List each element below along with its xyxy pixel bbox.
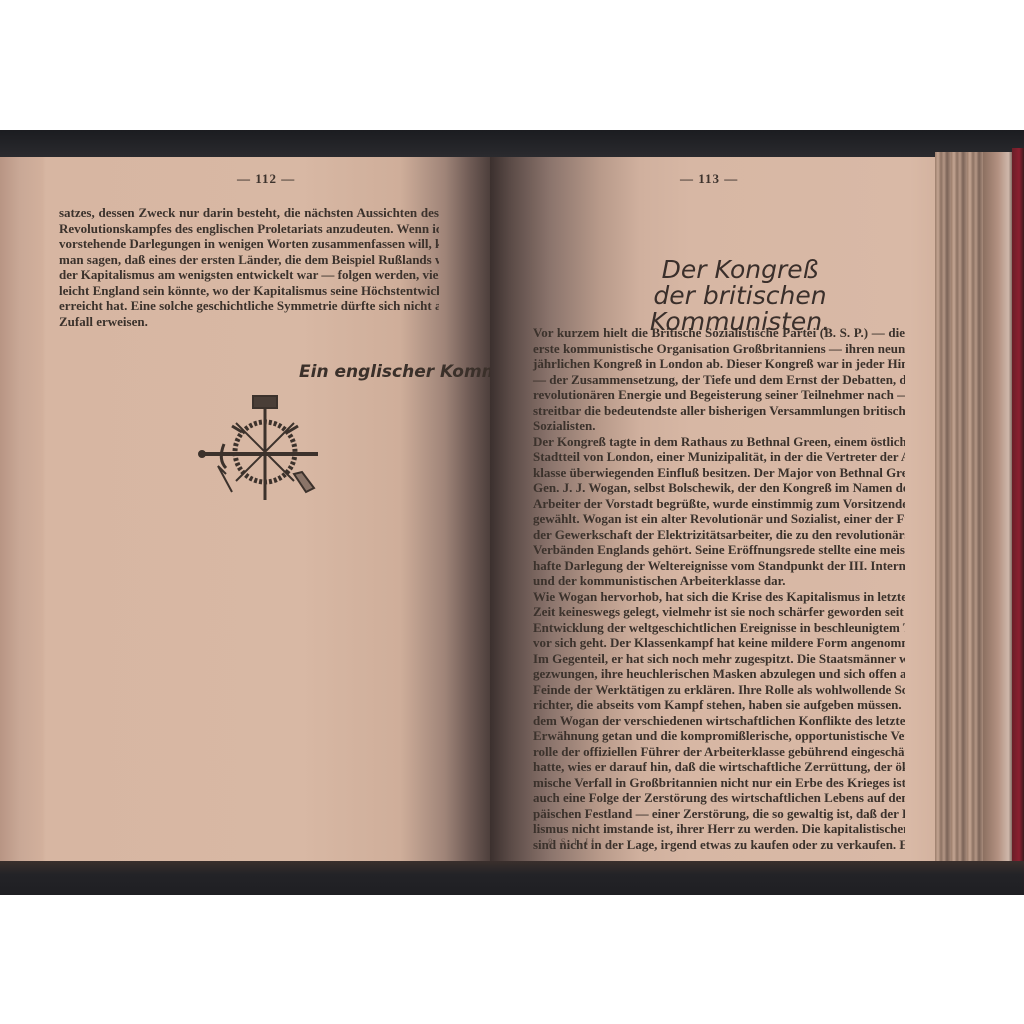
book-cover-bottom-edge (0, 861, 1024, 895)
text-line: Entwicklung der weltgeschichtlichen Erei… (515, 620, 905, 636)
text-line: revolutionären Energie und Begeisterung … (515, 387, 905, 403)
text-line: Zeit keineswegs gelegt, vielmehr ist sie… (515, 604, 905, 620)
chapter-title: Der Kongreß der britischen Kommunisten. (590, 257, 890, 335)
text-line: man sagen, daß eines der ersten Länder, … (59, 252, 439, 268)
text-line: satzes, dessen Zweck nur darin besteht, … (59, 205, 439, 221)
text-line: dem Wogan der verschiedenen wirtschaftli… (515, 713, 905, 729)
hammer-sickle-wreath-emblem-icon (196, 392, 326, 502)
text-line: Wie Wogan hervorhob, hat sich die Krise … (515, 589, 905, 605)
text-line: Erwähnung getan und die kompromißlerisch… (515, 728, 905, 744)
paragraph: Vor kurzem hielt die Britische Sozialist… (515, 325, 905, 434)
text-line: lismus nicht imstande ist, ihrer Herr zu… (515, 821, 905, 837)
text-line: der Gewerkschaft der Elektrizitätsarbeit… (515, 527, 905, 543)
text-line: Vor kurzem hielt die Britische Sozialist… (515, 325, 905, 341)
text-line: mische Verfall in Großbritannien nicht n… (515, 775, 905, 791)
text-line: Sozialisten. (515, 418, 905, 434)
text-line: Im Gegenteil, er hat sich noch mehr zuge… (515, 651, 905, 667)
text-line: vorstehende Darlegungen in wenigen Worte… (59, 236, 439, 252)
text-line: päischen Festland — einer Zerstörung, di… (515, 806, 905, 822)
text-line: gezwungen, ihre heuchlerischen Masken ab… (515, 666, 905, 682)
text-line: erste kommunistische Organisation Großbr… (515, 341, 905, 357)
paragraph: Wie Wogan hervorhob, hat sich die Krise … (515, 589, 905, 853)
text-line: auch eine Folge der Zerstörung des wirts… (515, 790, 905, 806)
text-line: gewählt. Wogan ist ein alter Revolutionä… (515, 511, 905, 527)
printer-signature-mark: 8 S I II (548, 837, 597, 847)
text-line: hafte Darlegung der Weltereignisse vom S… (515, 558, 905, 574)
page-stack-edge (935, 152, 1013, 864)
text-line: vor sich geht. Der Klassenkampf hat kein… (515, 635, 905, 651)
book-cover-red-edge (1012, 148, 1024, 873)
text-line: und der kommunistischen Arbeiterklasse d… (515, 573, 905, 589)
left-page-body: satzes, dessen Zweck nur darin besteht, … (59, 205, 439, 329)
text-line: streitbar die bedeutendste aller bisheri… (515, 403, 905, 419)
chapter-title-line-1: Der Kongreß (590, 257, 890, 283)
text-line: Zufall erweisen. (59, 314, 439, 330)
text-line: Arbeiter der Vorstadt begrüßte, wurde ei… (515, 496, 905, 512)
left-page: — 112 — satzes, dessen Zweck nur darin b… (0, 157, 490, 863)
text-line: Stadtteil von London, einer Munizipalitä… (515, 449, 905, 465)
text-line: Der Kongreß tagte in dem Rathaus zu Beth… (515, 434, 905, 450)
text-line: klasse überwiegenden Einfluß besitzen. D… (515, 465, 905, 481)
text-line: rolle der offiziellen Führer der Arbeite… (515, 744, 905, 760)
text-line: richter, die abseits vom Kampf stehen, h… (515, 697, 905, 713)
text-line: Gen. J. J. Wogan, selbst Bolschewik, der… (515, 480, 905, 496)
text-line: Revolutionskampfes des englischen Prolet… (59, 221, 439, 237)
page-stack-highlight (983, 152, 1013, 864)
right-page: — 113 — Der Kongreß der britischen Kommu… (490, 157, 938, 863)
right-page-body: Vor kurzem hielt die Britische Sozialist… (515, 325, 905, 852)
text-line: der Kapitalismus am wenigsten entwickelt… (59, 267, 439, 283)
text-line: — der Zusammensetzung, der Tiefe und dem… (515, 372, 905, 388)
text-line: leicht England sein könnte, wo der Kapit… (59, 283, 439, 299)
text-line: erreicht hat. Eine solche geschichtliche… (59, 298, 439, 314)
book-cover-top-edge (0, 130, 1024, 157)
page-number-left: — 112 — (237, 171, 295, 187)
paragraph: Der Kongreß tagte in dem Rathaus zu Beth… (515, 434, 905, 589)
text-line: jährlichen Kongreß in London ab. Dieser … (515, 356, 905, 372)
text-line: Feinde der Werktätigen zu erklären. Ihre… (515, 682, 905, 698)
open-book: — 112 — satzes, dessen Zweck nur darin b… (0, 130, 1024, 895)
text-line: hatte, wies er darauf hin, daß die wirts… (515, 759, 905, 775)
page-number-right: — 113 — (680, 171, 738, 187)
text-line: Verbänden Englands gehört. Seine Eröffnu… (515, 542, 905, 558)
